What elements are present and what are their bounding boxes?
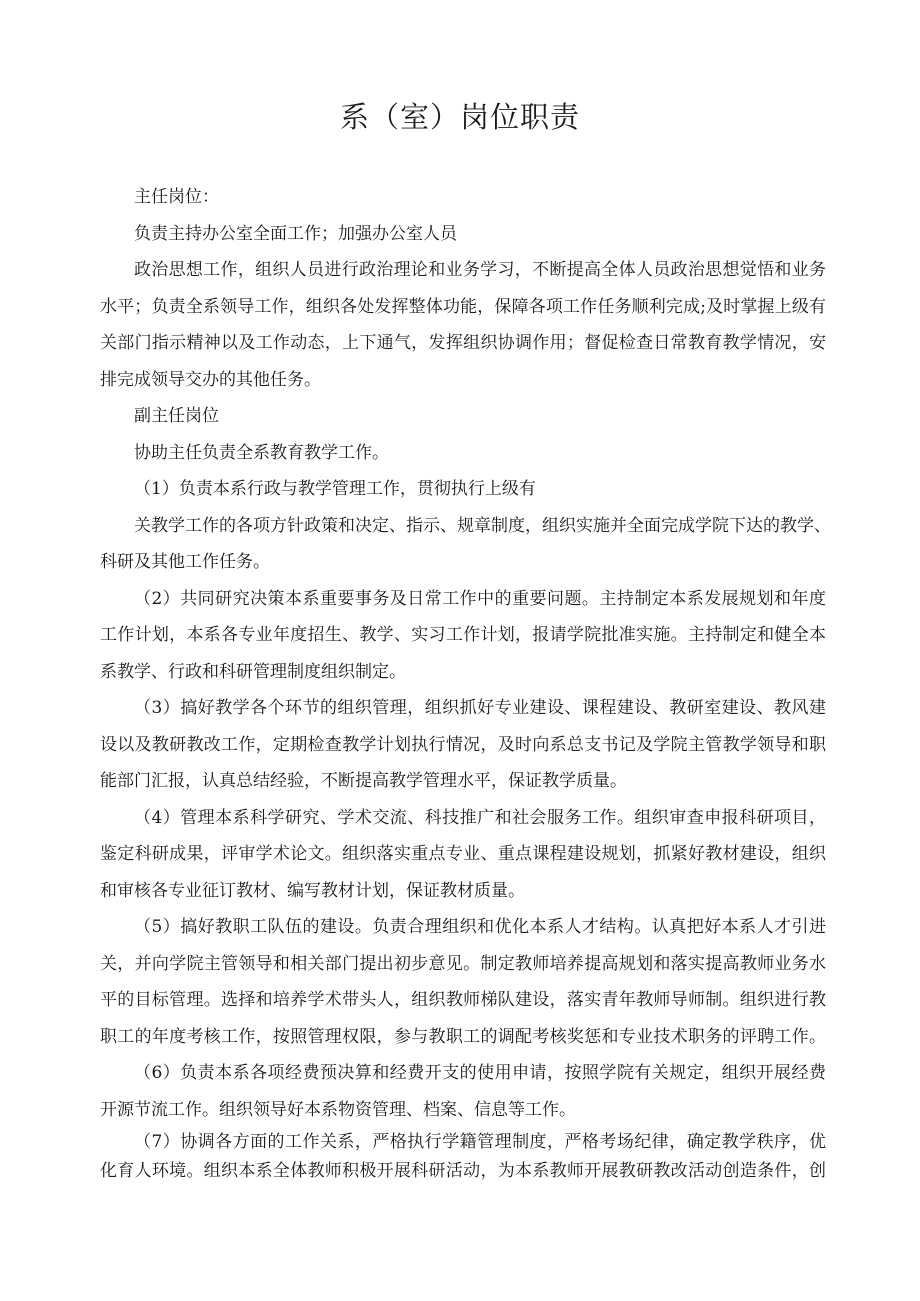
text-line: （7）协调各方面的工作关系，严格执行学籍管理制度，严格考场纪律，确定教学秩序，优 xyxy=(100,1128,826,1157)
text-line: （2）共同研究决策本系重要事务及日常工作中的重要问题。主持制定本系发展规划和年度 xyxy=(100,581,826,618)
paragraph: 政治思想工作，组织人员进行政治理论和业务学习，不断提高全体人员政治思想觉悟和业务… xyxy=(100,252,826,398)
text-line: 水平；负责全系领导工作，组织各处发挥整体功能，保障各项工作任务顺利完成;及时掌握… xyxy=(100,289,826,326)
text-line: 协助主任负责全系教育教学工作。 xyxy=(100,435,826,472)
text-line: 关部门指示精神以及工作动态，上下通气，发挥组织协调作用；督促检查日常教育教学情况… xyxy=(100,325,826,362)
text-line: 主任岗位： xyxy=(100,179,826,216)
paragraph: （6）负责本系各项经费预决算和经费开支的使用申请，按照学院有关规定，组织开展经费… xyxy=(100,1055,826,1128)
text-line: 化育人环境。组织本系全体教师积极开展科研活动，为本系教师开展教研教改活动创造条件… xyxy=(100,1157,826,1186)
text-line: 关，并向学院主管领导和相关部门提出初步意见。制定教师培养提高规划和落实提高教师业… xyxy=(100,946,826,983)
paragraph: （5）搞好教职工队伍的建设。负责合理组织和优化本系人才结构。认真把好本系人才引进… xyxy=(100,909,826,1055)
document-page: 系（室）岗位职责 主任岗位：负责主持办公室全面工作；加强办公室人员政治思想工作，… xyxy=(0,0,920,1301)
text-line: 平的目标管理。选择和培养学术带头人，组织教师梯队建设，落实青年教师导师制。组织进… xyxy=(100,982,826,1019)
text-line: （6）负责本系各项经费预决算和经费开支的使用申请，按照学院有关规定，组织开展经费 xyxy=(100,1055,826,1092)
paragraph: （7）协调各方面的工作关系，严格执行学籍管理制度，严格考场纪律，确定教学秩序，优… xyxy=(100,1128,826,1186)
text-line: （5）搞好教职工队伍的建设。负责合理组织和优化本系人才结构。认真把好本系人才引进 xyxy=(100,909,826,946)
document-title: 系（室）岗位职责 xyxy=(0,97,920,137)
document-body: 主任岗位：负责主持办公室全面工作；加强办公室人员政治思想工作，组织人员进行政治理… xyxy=(100,179,826,1186)
text-line: 鉴定科研成果，评审学术论文。组织落实重点专业、重点课程建设规划，抓紧好教材建设，… xyxy=(100,836,826,873)
text-line: 开源节流工作。组织领导好本系物资管理、档案、信息等工作。 xyxy=(100,1092,826,1129)
text-line: 科研及其他工作任务。 xyxy=(100,544,826,581)
paragraph: 副主任岗位 xyxy=(100,398,826,435)
paragraph: （1）负责本系行政与教学管理工作，贯彻执行上级有 xyxy=(100,471,826,508)
text-line: （4）管理本系科学研究、学术交流、科技推广和社会服务工作。组织审查申报科研项目， xyxy=(100,800,826,837)
paragraph: （2）共同研究决策本系重要事务及日常工作中的重要问题。主持制定本系发展规划和年度… xyxy=(100,581,826,691)
text-line: 副主任岗位 xyxy=(100,398,826,435)
text-line: （1）负责本系行政与教学管理工作，贯彻执行上级有 xyxy=(100,471,826,508)
text-line: 设以及教研教改工作，定期检查教学计划执行情况，及时向系总支书记及学院主管教学领导… xyxy=(100,727,826,764)
paragraph: （4）管理本系科学研究、学术交流、科技推广和社会服务工作。组织审查申报科研项目，… xyxy=(100,800,826,910)
text-line: 和审核各专业征订教材、编写教材计划，保证教材质量。 xyxy=(100,873,826,910)
paragraph: 负责主持办公室全面工作；加强办公室人员 xyxy=(100,216,826,253)
paragraph: （3）搞好教学各个环节的组织管理，组织抓好专业建设、课程建设、教研室建设、教风建… xyxy=(100,690,826,800)
text-line: 工作计划，本系各专业年度招生、教学、实习工作计划，报请学院批准实施。主持制定和健… xyxy=(100,617,826,654)
paragraph: 协助主任负责全系教育教学工作。 xyxy=(100,435,826,472)
text-line: 系教学、行政和科研管理制度组织制定。 xyxy=(100,654,826,691)
text-line: 职工的年度考核工作，按照管理权限，参与教职工的调配考核奖惩和专业技术职务的评聘工… xyxy=(100,1019,826,1056)
text-line: 政治思想工作，组织人员进行政治理论和业务学习，不断提高全体人员政治思想觉悟和业务 xyxy=(100,252,826,289)
text-line: （3）搞好教学各个环节的组织管理，组织抓好专业建设、课程建设、教研室建设、教风建 xyxy=(100,690,826,727)
text-line: 排完成领导交办的其他任务。 xyxy=(100,362,826,399)
paragraph: 主任岗位： xyxy=(100,179,826,216)
text-line: 负责主持办公室全面工作；加强办公室人员 xyxy=(100,216,826,253)
text-line: 关教学工作的各项方针政策和决定、指示、规章制度，组织实施并全面完成学院下达的教学… xyxy=(100,508,826,545)
paragraph: 关教学工作的各项方针政策和决定、指示、规章制度，组织实施并全面完成学院下达的教学… xyxy=(100,508,826,581)
text-line: 能部门汇报，认真总结经验，不断提高教学管理水平，保证教学质量。 xyxy=(100,763,826,800)
